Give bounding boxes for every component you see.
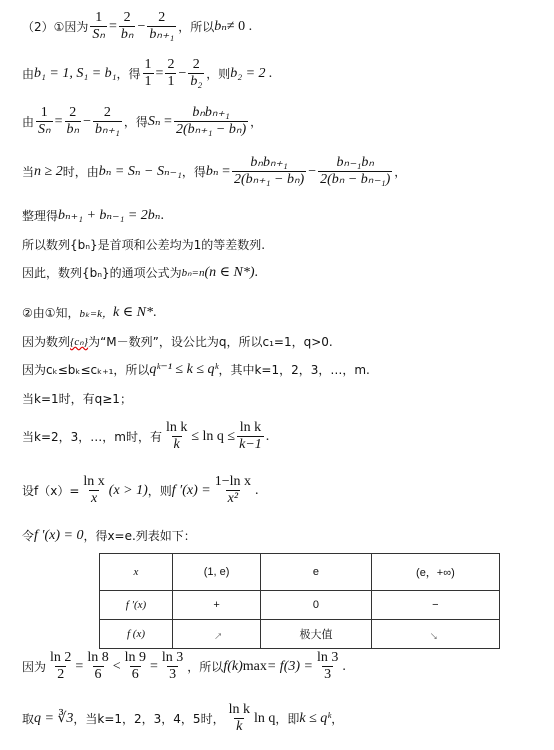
num: ln x — [81, 474, 106, 490]
den: 3 — [167, 666, 178, 683]
equals: = — [150, 659, 158, 675]
line-2: 由 b₁ = 1, S₁ = b₁ ，得 11 = 21 − 2b₂ ，则 b₂… — [22, 57, 273, 90]
math: f(k) — [223, 659, 242, 675]
text: 令 — [22, 527, 34, 544]
den: bₙ — [119, 26, 136, 43]
line-3: 由 1Sₙ = 2bₙ − 2bₙ₊₁ ，得 Sₙ = bₙbₙ₊₁2(bₙ₊₁… — [22, 105, 262, 138]
text: ，当k=1，2，3，4，5时， — [73, 710, 224, 727]
line-5: 整理得 bₙ₊₁ + bₙ₋₁ = 2bₙ . — [22, 207, 164, 224]
den: bₙ₊₁ — [93, 121, 122, 138]
text: ，得x=e.列表如下： — [83, 527, 195, 544]
num: ln 3 — [160, 650, 185, 666]
math: qᵏ⁻¹ ≤ k ≤ qᵏ — [149, 361, 218, 378]
line-7: 因此，数列{bₙ}的通项公式为 bₙ=n (n ∈ N*) . — [22, 264, 258, 281]
minus: − — [83, 114, 91, 130]
text: 由 — [22, 65, 34, 82]
minus: − — [308, 164, 316, 180]
fraction: bₙbₙ₊₁2(bₙ₊₁ − bₙ) — [232, 155, 306, 188]
num: 1 — [143, 57, 154, 73]
math: bₖ=k， — [80, 305, 114, 321]
equals: = — [219, 164, 230, 180]
text: . — [342, 659, 346, 675]
equals: = — [161, 114, 172, 130]
den: x² — [226, 490, 240, 507]
fraction: ln 96 — [123, 650, 148, 683]
num: 2 — [122, 10, 133, 26]
num: 2 — [191, 57, 202, 73]
den: Sₙ — [36, 121, 53, 138]
den: 6 — [93, 666, 104, 683]
den: bₙ₊₁ — [147, 26, 176, 43]
text: ， — [394, 163, 406, 180]
fraction: 2bₙ₊₁ — [93, 105, 122, 138]
num: bₙbₙ₊₁ — [248, 155, 289, 171]
text: . — [266, 429, 270, 445]
text: ，即 — [275, 710, 299, 727]
fraction: 2bₙ₊₁ — [147, 10, 176, 43]
fraction: ln 86 — [85, 650, 110, 683]
subscript: max — [243, 659, 267, 675]
den: 2(bₙ₊₁ − bₙ) — [174, 121, 248, 138]
line-6: 所以数列{bₙ}是首项和公差均为1的等差数列. — [22, 236, 265, 253]
math: b₂ = 2 . — [230, 66, 272, 82]
text: ，得 — [124, 113, 148, 130]
fraction: ln xx — [81, 474, 106, 507]
math: ln q — [254, 711, 275, 727]
den: 6 — [130, 666, 141, 683]
math: bₙ=n — [182, 266, 205, 279]
fraction: 11 — [143, 57, 154, 90]
text: . — [255, 483, 259, 499]
math: bₙ — [206, 163, 219, 180]
den: k−1 — [237, 436, 264, 453]
line-1: （2）①因为 1Sₙ = 2bₙ − 2bₙ₊₁ ，所以 bₙ ≠ 0 . — [22, 10, 252, 43]
den: k — [234, 718, 244, 735]
minus: − — [178, 66, 186, 82]
math: bₙ — [214, 18, 227, 35]
fraction: ln kk−1 — [237, 420, 264, 453]
table-cell: (1, e) — [173, 554, 261, 591]
math: bₙ = Sₙ − Sₙ₋₁ — [99, 163, 182, 180]
num: 1 — [39, 105, 50, 121]
less-than: < — [113, 659, 121, 675]
fraction: 2bₙ — [65, 105, 82, 138]
den: x — [89, 490, 99, 507]
fraction: ln 33 — [160, 650, 185, 683]
text: 因为 — [22, 658, 46, 675]
num: bₙ₋₁bₙ — [334, 155, 375, 171]
table-cell: x — [100, 554, 173, 591]
fraction: ln kk — [164, 420, 189, 453]
math: q = ∛3 — [34, 710, 73, 727]
text: 为“M－数列”，设公比为q，所以c₁=1，q>0. — [88, 333, 333, 350]
fraction: bₙbₙ₊₁2(bₙ₊₁ − bₙ) — [174, 105, 248, 138]
text: ，得 — [117, 65, 141, 82]
text: ，则 — [206, 65, 230, 82]
math: n ≥ 2 — [34, 164, 63, 180]
fraction: ln 33 — [315, 650, 340, 683]
math: ≤ ln q ≤ — [191, 429, 235, 445]
num: 2 — [156, 10, 167, 26]
math: ≠ 0 . — [227, 19, 252, 35]
text: ， — [250, 113, 262, 130]
text: . — [160, 208, 164, 224]
num: ln 3 — [315, 650, 340, 666]
fraction: 21 — [165, 57, 176, 90]
increasing-arrow-icon: → — [207, 624, 227, 644]
line-14: 令 f ′(x) = 0 ，得x=e.列表如下： — [22, 527, 196, 544]
den: 2(bₙ₊₁ − bₙ) — [232, 171, 306, 188]
den: 1 — [143, 73, 154, 90]
text: 因为数列 — [22, 333, 70, 350]
num: ln k — [238, 420, 263, 436]
fraction: 1Sₙ — [90, 10, 107, 43]
table-row: f ′(x) + 0 − — [100, 591, 500, 620]
table-cell: 0 — [261, 591, 372, 620]
fraction: ln 22 — [48, 650, 73, 683]
table-cell: e — [261, 554, 372, 591]
variation-table: x (1, e) e (e，+∞) f ′(x) + 0 − f (x) → 极… — [99, 553, 500, 649]
den: b₂ — [188, 73, 204, 90]
minus: − — [137, 19, 145, 35]
equals: = — [156, 66, 164, 82]
math: k ≤ qᵏ — [299, 711, 331, 727]
text: 当k=2，3，…，m时，有 — [22, 428, 162, 445]
fraction: bₙ₋₁bₙ2(bₙ − bₙ₋₁) — [318, 155, 392, 188]
fraction: 2b₂ — [188, 57, 204, 90]
text: . — [255, 265, 259, 281]
text: . — [153, 305, 157, 321]
text: 因为cₖ≤bₖ≤cₖ₊₁，所以 — [22, 361, 149, 378]
math: Sₙ — [148, 113, 161, 130]
table-row: f (x) → 极大值 → — [100, 620, 500, 649]
den: 3 — [322, 666, 333, 683]
num: ln 2 — [48, 650, 73, 666]
text: 时，由 — [63, 163, 99, 180]
num: bₙbₙ₊₁ — [190, 105, 231, 121]
table-cell: f ′(x) — [100, 591, 173, 620]
line-4: 当 n ≥ 2 时，由 bₙ = Sₙ − Sₙ₋₁ ，得 bₙ = bₙbₙ₊… — [22, 155, 406, 188]
math: = f(3) = — [267, 659, 313, 675]
math: bₙ₊₁ + bₙ₋₁ = 2bₙ — [58, 207, 160, 224]
num: 2 — [67, 105, 78, 121]
equals: = — [75, 659, 83, 675]
line-8: ②由①知， bₖ=k， k ∈ N* . — [22, 304, 156, 321]
line-11: 当k=1时，有q≥1； — [22, 390, 132, 407]
equals: = — [55, 114, 63, 130]
num: ln k — [227, 702, 252, 718]
math: f ′(x) = 0 — [34, 528, 83, 544]
text: 所以数列{bₙ}是首项和公差均为1的等差数列. — [22, 236, 265, 253]
table-cell: − — [371, 591, 499, 620]
text: 由 — [22, 113, 34, 130]
decreasing-arrow-icon: → — [425, 624, 445, 644]
den: Sₙ — [90, 26, 107, 43]
den: bₙ — [65, 121, 82, 138]
line-13: 设f（x）= ln xx (x > 1) ，则 f ′(x) = 1−ln xx… — [22, 474, 259, 507]
text: 取 — [22, 710, 34, 727]
equals: = — [109, 19, 117, 35]
text: （2）①因为 — [22, 18, 88, 35]
table-row: x (1, e) e (e，+∞) — [100, 554, 500, 591]
math: b₁ = 1, S₁ = b₁ — [34, 66, 117, 82]
line-16: 取 q = ∛3 ，当k=1，2，3，4，5时， ln kk ln q ，即 k… — [22, 702, 343, 735]
text: 当 — [22, 163, 34, 180]
table-cell: (e，+∞) — [371, 554, 499, 591]
fraction: 2bₙ — [119, 10, 136, 43]
math: (n ∈ N*) — [204, 264, 254, 281]
num: 2 — [102, 105, 113, 121]
text: 整理得 — [22, 207, 58, 224]
line-15: 因为 ln 22 = ln 86 < ln 96 = ln 33 ，所以 f(k… — [22, 650, 346, 683]
text: 设f（x）= — [22, 482, 79, 499]
table-cell: → — [173, 620, 261, 649]
text: ，所以 — [187, 658, 223, 675]
num: ln 8 — [85, 650, 110, 666]
num: 1 — [93, 10, 104, 26]
line-9: 因为数列 {cₙ} 为“M－数列”，设公比为q，所以c₁=1，q>0. — [22, 333, 333, 350]
table-cell: + — [173, 591, 261, 620]
math: f ′(x) = — [172, 483, 211, 499]
den: k — [172, 436, 182, 453]
num: 2 — [165, 57, 176, 73]
fraction: ln kk — [227, 702, 252, 735]
fraction: 1Sₙ — [36, 105, 53, 138]
table-cell: f (x) — [100, 620, 173, 649]
math: {cₙ} — [70, 335, 88, 348]
text: ，得 — [182, 163, 206, 180]
table-cell: → — [371, 620, 499, 649]
fraction: 1−ln xx² — [213, 474, 253, 507]
math: (x > 1) — [109, 483, 148, 499]
text: ，其中k=1，2，3，…，m. — [218, 361, 369, 378]
num: ln 9 — [123, 650, 148, 666]
table-cell: 极大值 — [261, 620, 372, 649]
den: 2(bₙ − bₙ₋₁) — [318, 171, 392, 188]
text: 当k=1时，有q≥1； — [22, 390, 132, 407]
text: ，所以 — [178, 18, 214, 35]
text: 因此，数列{bₙ}的通项公式为 — [22, 264, 182, 281]
text: ，则 — [148, 482, 172, 499]
line-12: 当k=2，3，…，m时，有 ln kk ≤ ln q ≤ ln kk−1 . — [22, 420, 269, 453]
math: k ∈ N* — [113, 304, 153, 321]
text: ， — [331, 710, 343, 727]
den: 1 — [165, 73, 176, 90]
num: ln k — [164, 420, 189, 436]
text: ②由①知， — [22, 304, 80, 321]
line-10: 因为cₖ≤bₖ≤cₖ₊₁，所以 qᵏ⁻¹ ≤ k ≤ qᵏ ，其中k=1，2，3… — [22, 361, 370, 378]
den: 2 — [55, 666, 66, 683]
num: 1−ln x — [213, 474, 253, 490]
